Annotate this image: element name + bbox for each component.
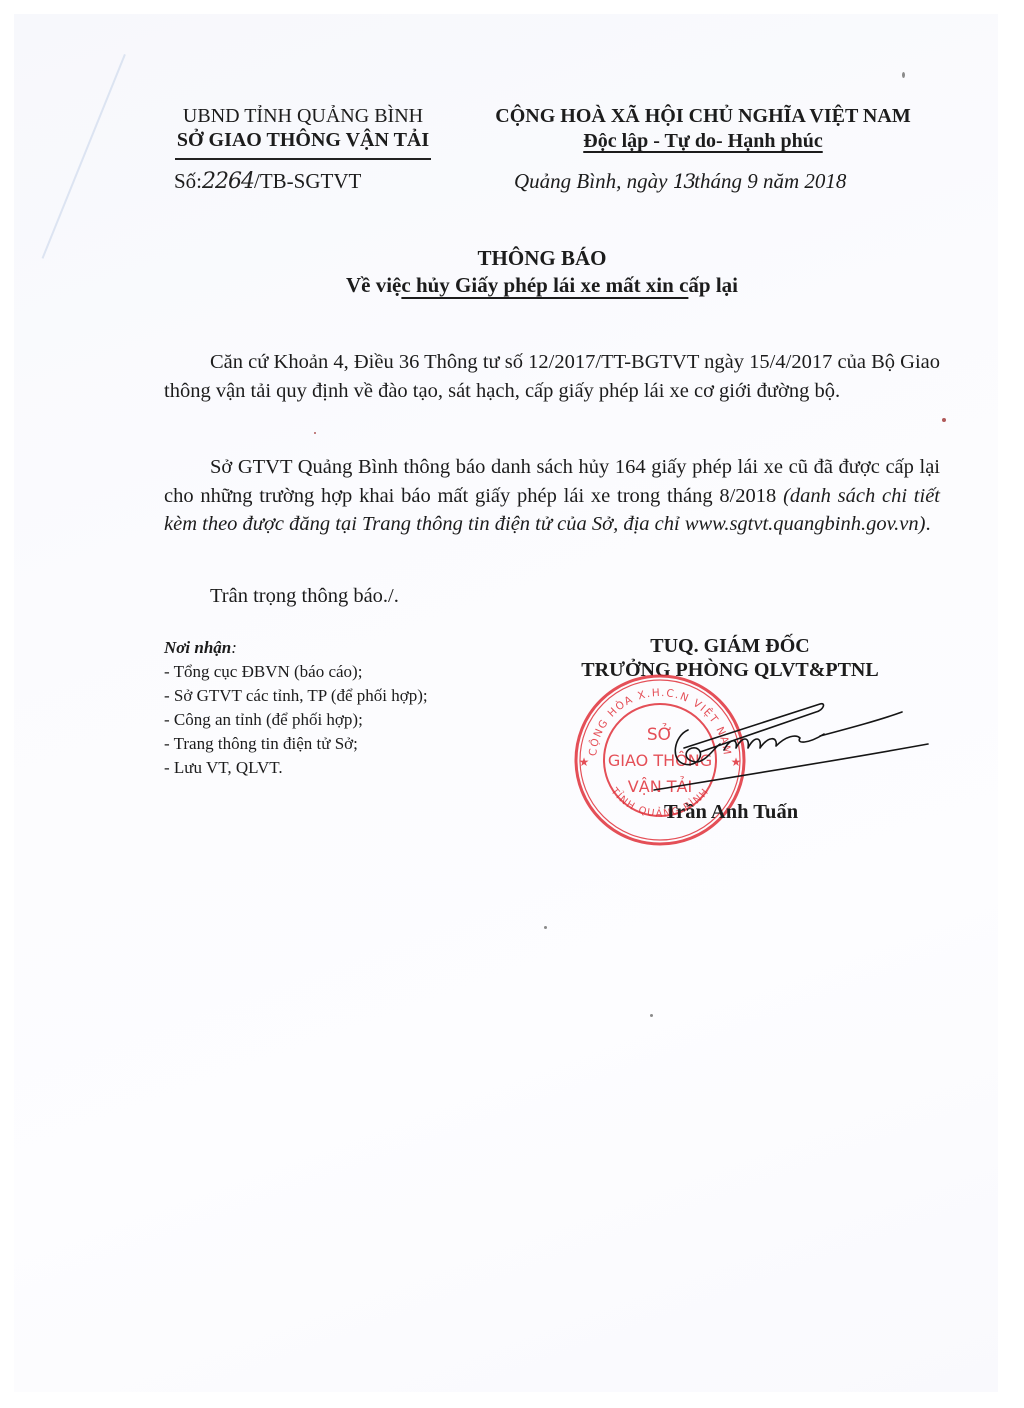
recipient-item: - Trang thông tin điện tử Sở; (164, 732, 428, 756)
document-title: THÔNG BÁO Về việc hủy Giấy phép lái xe m… (150, 245, 934, 299)
title-heading: THÔNG BÁO (150, 245, 934, 271)
paper-fold-mark (42, 54, 126, 259)
signer-name: Trần Anh Tuấn (664, 801, 798, 824)
doc-number-prefix: Số: (174, 169, 202, 193)
recipient-item: - Công an tỉnh (để phối hợp); (164, 708, 428, 732)
recipients-block: Nơi nhận: - Tổng cục ĐBVN (báo cáo); - S… (164, 636, 428, 780)
date-suffix: tháng 9 năm 2018 (694, 169, 846, 193)
recipients-heading-text: Nơi nhận (164, 638, 231, 657)
paragraph-2-end: . (925, 513, 930, 535)
date-prefix: Quảng Bình, ngày (514, 169, 673, 193)
paragraph-1-text: Căn cứ Khoản 4, Điều 36 Thông tư số 12/2… (164, 351, 940, 402)
recipient-item: - Lưu VT, QLVT. (164, 756, 428, 780)
handwritten-signature-icon (640, 690, 930, 800)
issuer-authority: UBND TỈNH QUẢNG BÌNH (150, 104, 456, 128)
recipients-list: - Tổng cục ĐBVN (báo cáo); - Sở GTVT các… (164, 660, 428, 780)
scan-speck (314, 432, 316, 434)
scan-speck (650, 1014, 653, 1017)
recipient-item: - Sở GTVT các tỉnh, TP (để phối hợp); (164, 684, 428, 708)
recipients-heading: Nơi nhận: (164, 636, 428, 660)
doc-number-suffix: /TB-SGTVT (254, 169, 361, 193)
doc-number-handwritten: 2264 (202, 169, 254, 194)
document-number: Số:2264/TB-SGTVT (174, 169, 361, 194)
issuer-header: UBND TỈNH QUẢNG BÌNH SỞ GIAO THÔNG VẬN T… (150, 104, 456, 160)
national-motto: Độc lập - Tự do- Hạnh phúc (470, 128, 936, 154)
signature-on-behalf: TUQ. GIÁM ĐỐC (530, 634, 930, 658)
scan-speck (544, 926, 547, 929)
title-subject: Về việc hủy Giấy phép lái xe mất xin cấp… (150, 271, 934, 299)
paragraph-announcement: Sở GTVT Quảng Bình thông báo danh sách h… (164, 453, 940, 539)
place-date: Quảng Bình, ngày 13tháng 9 năm 2018 (514, 169, 846, 194)
nation-name: CỘNG HOÀ XÃ HỘI CHỦ NGHĨA VIỆT NAM (470, 104, 936, 128)
closing-line: Trân trọng thông báo./. (210, 582, 610, 611)
subject-end: ấp lại (688, 273, 738, 297)
recipient-item: - Tổng cục ĐBVN (báo cáo); (164, 660, 428, 684)
svg-text:★: ★ (579, 755, 590, 769)
subject-underlined: c hủy Giấy phép lái xe mất xin c (401, 273, 688, 297)
scan-speck (942, 418, 946, 422)
date-day-handwritten: 13 (673, 169, 694, 193)
scanned-page: UBND TỈNH QUẢNG BÌNH SỞ GIAO THÔNG VẬN T… (14, 14, 998, 1392)
national-header: CỘNG HOÀ XÃ HỘI CHỦ NGHĨA VIỆT NAM Độc l… (470, 104, 936, 154)
scan-speck (902, 72, 905, 78)
subject-start: Về việ (346, 273, 401, 297)
paragraph-legal-basis: Căn cứ Khoản 4, Điều 36 Thông tư số 12/2… (164, 348, 940, 405)
issuer-department: SỞ GIAO THÔNG VẬN TẢI (150, 128, 456, 152)
issuer-divider (175, 158, 431, 160)
